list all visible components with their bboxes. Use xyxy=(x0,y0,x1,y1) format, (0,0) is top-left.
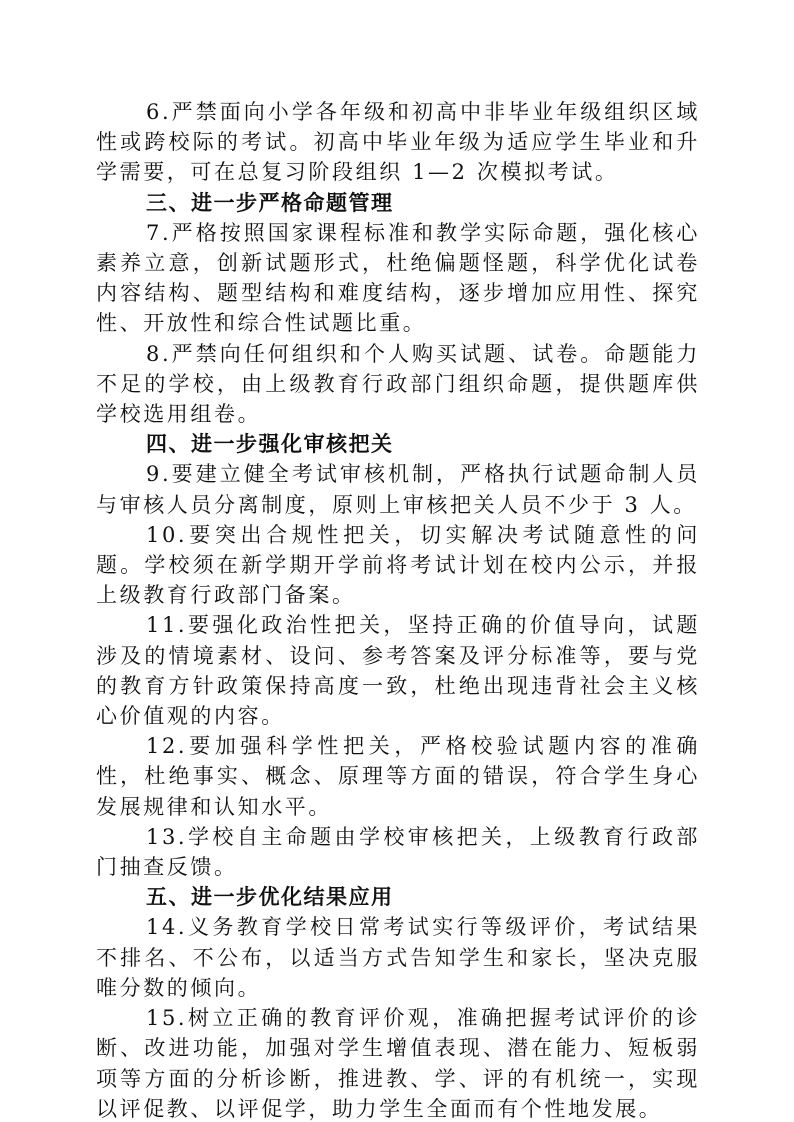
paragraph-item-12: 12.要加强科学性把关，严格校验试题内容的准确性，杜绝事实、概念、原理等方面的错… xyxy=(96,731,700,822)
paragraph-item-11: 11.要强化政治性把关，坚持正确的价值导向，试题涉及的情境素材、设问、参考答案及… xyxy=(96,610,700,731)
section-heading-5: 五、进一步优化结果应用 xyxy=(96,882,700,912)
paragraph-item-14: 14.义务教育学校日常考试实行等级评价，考试结果不排名、不公布，以适当方式告知学… xyxy=(96,912,700,1003)
section-heading-4: 四、进一步强化审核把关 xyxy=(96,429,700,459)
section-heading-3: 三、进一步严格命题管理 xyxy=(96,188,700,218)
paragraph-item-9: 9.要建立健全考试审核机制，严格执行试题命制人员与审核人员分离制度，原则上审核把… xyxy=(96,459,700,519)
paragraph-item-10: 10.要突出合规性把关，切实解决考试随意性的问题。学校须在新学期开学前将考试计划… xyxy=(96,520,700,611)
paragraph-item-7: 7.严格按照国家课程标准和教学实际命题，强化核心素养立意，创新试题形式，杜绝偏题… xyxy=(96,218,700,339)
paragraph-item-8: 8.严禁向任何组织和个人购买试题、试卷。命题能力不足的学校，由上级教育行政部门组… xyxy=(96,339,700,430)
paragraph-item-13: 13.学校自主命题由学校审核把关，上级教育行政部门抽查反馈。 xyxy=(96,822,700,882)
page-number: 3 xyxy=(0,1042,794,1057)
document-page: 6.严禁面向小学各年级和初高中非毕业年级组织区域性或跨校际的考试。初高中毕业年级… xyxy=(96,97,700,1122)
paragraph-item-6: 6.严禁面向小学各年级和初高中非毕业年级组织区域性或跨校际的考试。初高中毕业年级… xyxy=(96,97,700,188)
paragraph-item-15: 15.树立正确的教育评价观，准确把握考试评价的诊断、改进功能，加强对学生增值表现… xyxy=(96,1003,700,1122)
